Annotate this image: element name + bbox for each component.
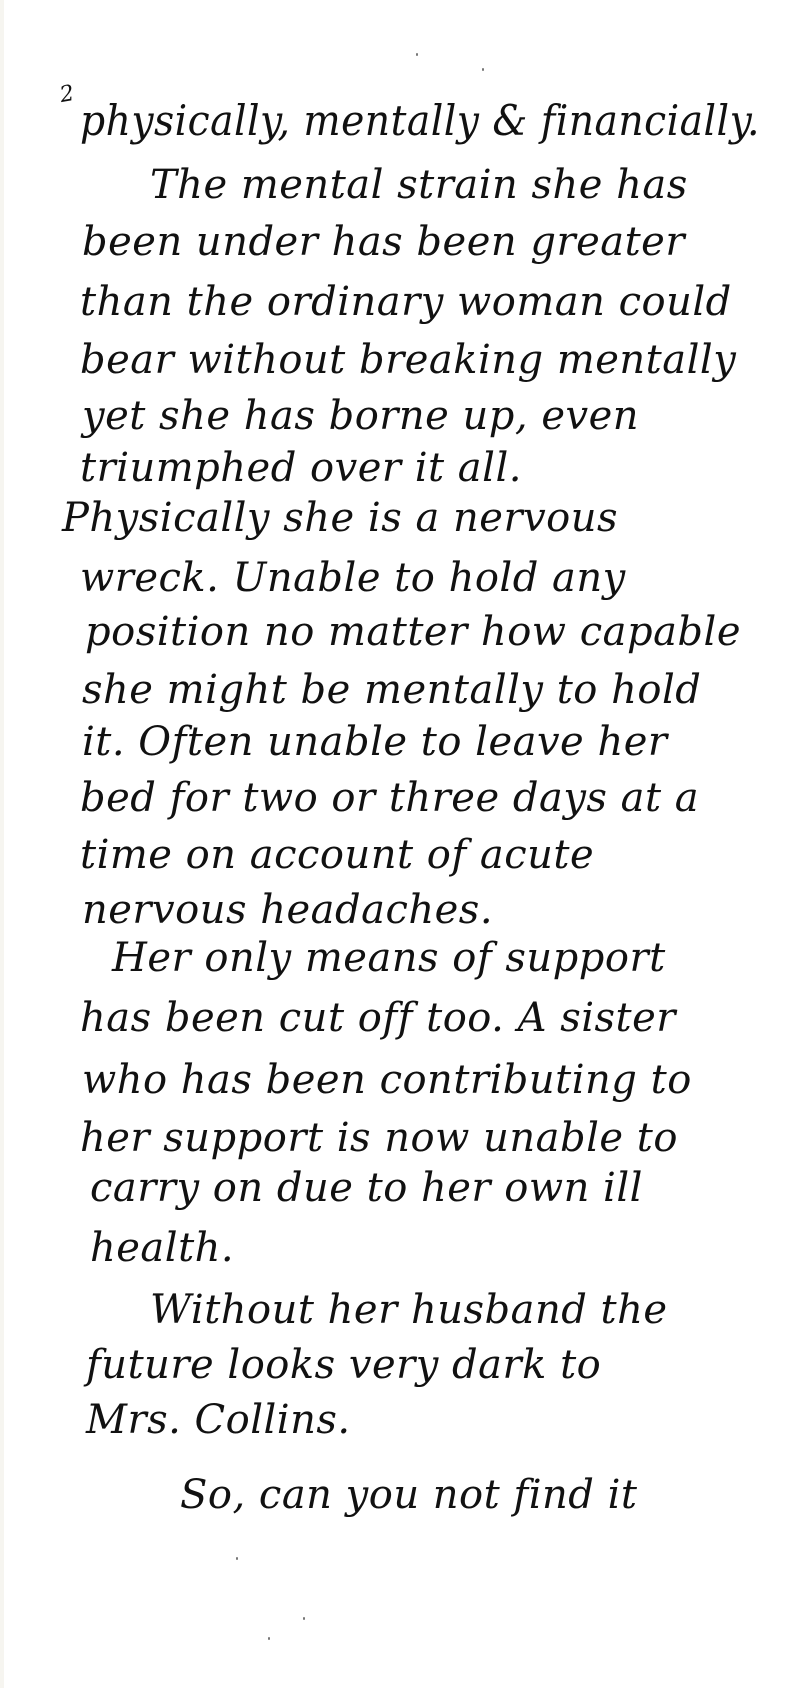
text-line-17: has been cut off too. A sister xyxy=(80,998,676,1038)
text-line-15: nervous headaches. xyxy=(82,890,493,930)
text-line-5: bear without breaking mentally xyxy=(80,340,736,380)
text-line-7: triumphed over it all. xyxy=(80,448,522,488)
text-line-23: future looks very dark to xyxy=(86,1345,601,1385)
text-line-14: time on account of acute xyxy=(80,835,594,875)
text-line-4: than the ordinary woman could xyxy=(80,282,732,322)
text-line-2: The mental strain she has xyxy=(150,165,688,205)
page-number: 2 xyxy=(58,81,76,108)
scan-speck xyxy=(303,1617,305,1620)
text-line-22: Without her husband the xyxy=(150,1290,668,1330)
text-line-3: been under has been greater xyxy=(82,222,685,262)
text-line-16: Her only means of support xyxy=(112,938,666,978)
text-line-19: her support is now unable to xyxy=(80,1118,678,1158)
text-line-24: Mrs. Collins. xyxy=(86,1400,351,1440)
scan-speck xyxy=(268,1637,270,1640)
text-line-6: yet she has borne up, even xyxy=(82,396,639,436)
text-line-10: position no matter how capable xyxy=(85,612,741,652)
letter-page: 2 physically, mentally & financially. Th… xyxy=(0,0,800,1688)
scan-speck xyxy=(236,1557,238,1560)
scan-speck xyxy=(416,53,418,56)
text-line-1: physically, mentally & financially. xyxy=(80,100,760,142)
text-line-20: carry on due to her own ill xyxy=(90,1168,643,1208)
scan-speck xyxy=(482,68,484,71)
text-line-8: Physically she is a nervous xyxy=(62,498,618,538)
text-line-13: bed for two or three days at a xyxy=(80,778,699,818)
text-line-21: health. xyxy=(90,1228,234,1268)
scan-edge xyxy=(0,0,4,1688)
text-line-9: wreck. Unable to hold any xyxy=(80,558,626,598)
text-line-25: So, can you not find it xyxy=(180,1475,637,1515)
text-line-11: she might be mentally to hold xyxy=(82,670,701,710)
text-line-12: it. Often unable to leave her xyxy=(82,722,668,762)
text-line-18: who has been contributing to xyxy=(82,1060,692,1100)
